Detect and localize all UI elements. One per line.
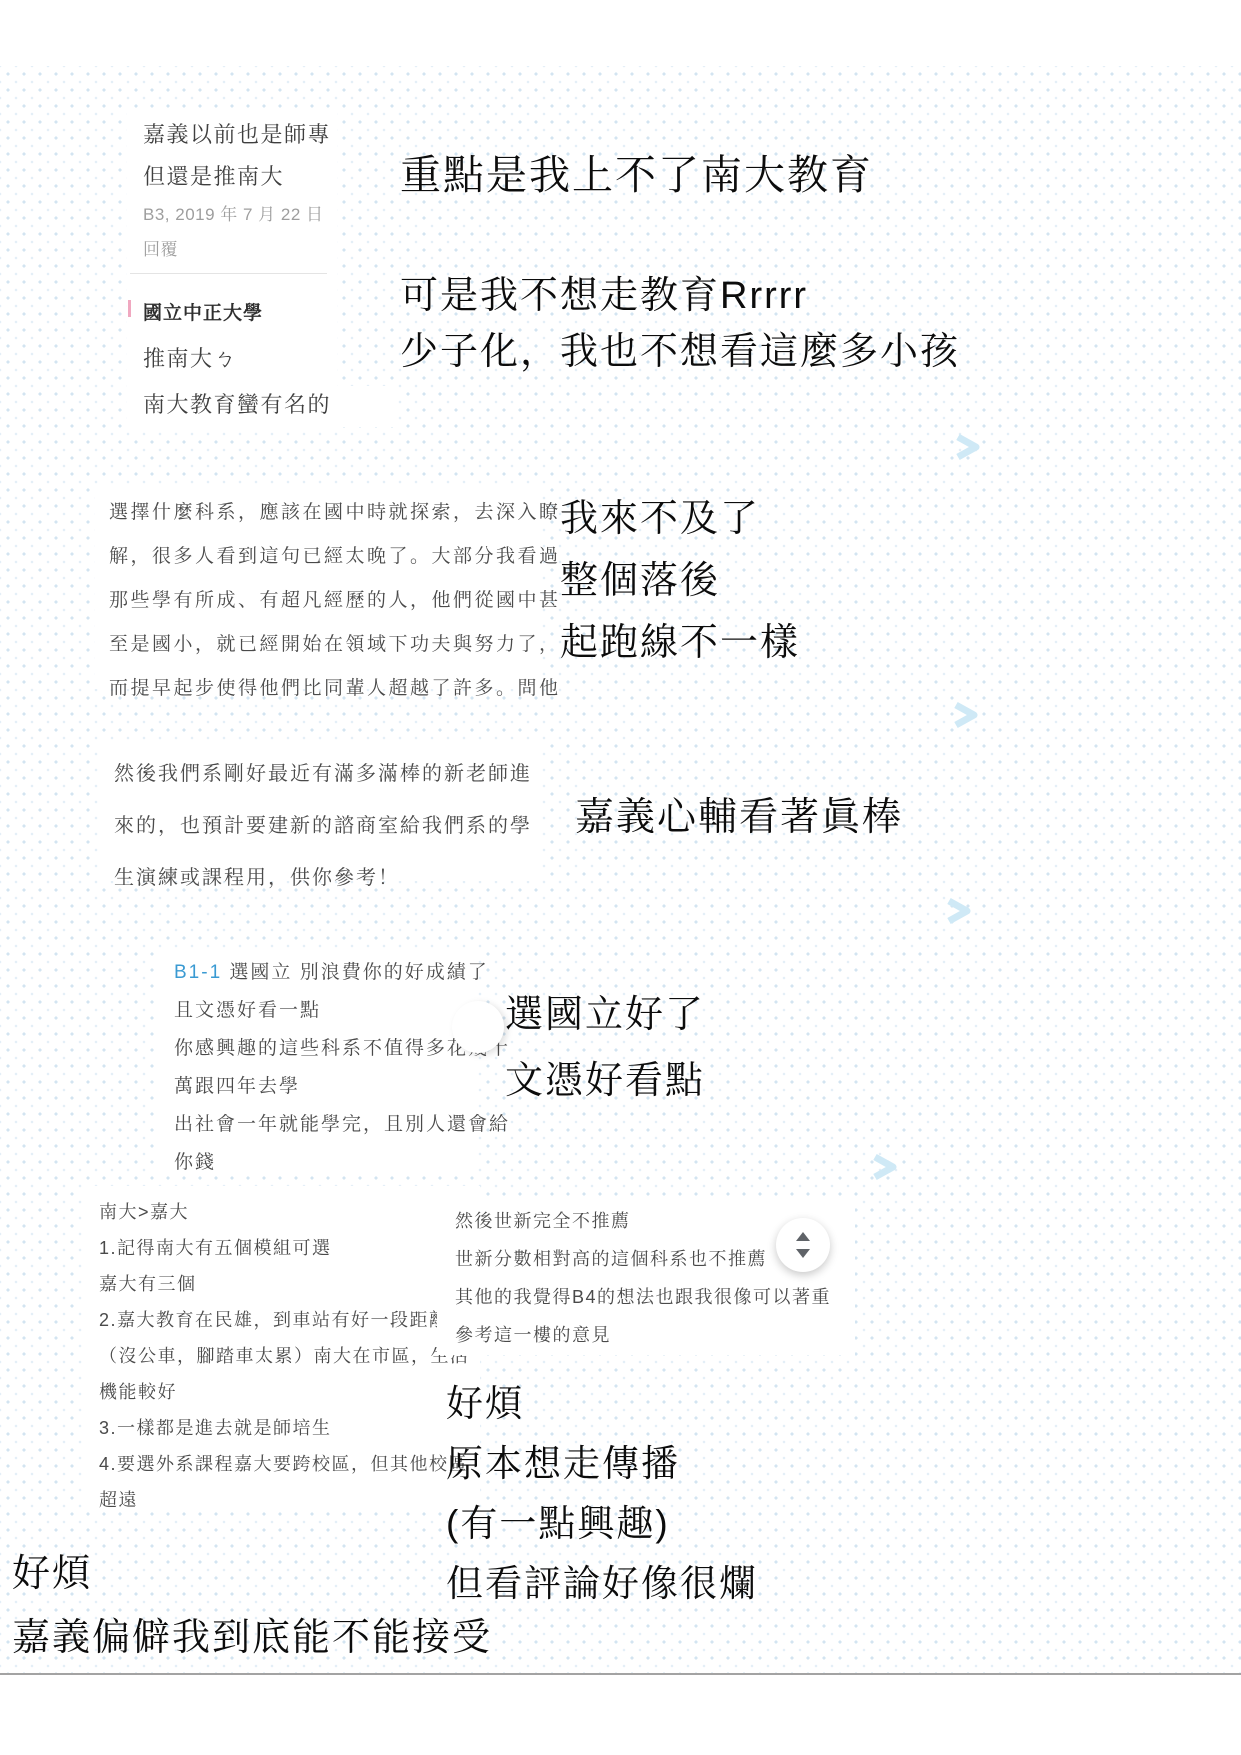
shihhsin-line: 然後世新完全不推薦 [455,1202,831,1240]
reply-content-line: 但還是推南大 [143,160,284,191]
handwritten-note: 可是我不想走教育Rrrrr 少子化，我也不想看這麼多小孩 [400,268,960,380]
b1-line: 萬跟四年去學 [174,1068,510,1106]
b1-first-line: B1-1 選國立 別浪費你的好成績了 [174,954,510,992]
selection-caret [128,300,131,317]
stepper-circle-partial[interactable] [452,1001,504,1053]
section-arrow [148,432,980,462]
floor-link[interactable]: B1-1 [174,962,222,983]
handwritten-note: 選國立好了 文憑好看點 [505,982,705,1114]
handwritten-note: 好煩 嘉義偏僻我到底能不能接受 [12,1542,492,1670]
divider [130,273,327,274]
b1-line: 出社會一年就能學完，且別人還會給 [174,1106,510,1144]
note-line: 嘉義偏僻我到底能不能接受 [12,1606,492,1670]
advice-line: 解，很多人看到這句已經太晚了。大部分我看過 [109,535,561,579]
note-line: (有一點興趣) [446,1494,758,1554]
compare-line: 1.記得南大有五個模組可選 [99,1230,470,1266]
note-line: 可是我不想走教育Rrrrr [400,268,960,324]
compare-line: 超遠 [99,1482,470,1512]
handwritten-note: 嘉義心輔看著眞棒 [575,786,903,842]
department-line: 來的，也預計要建新的諮商室給我們系的學 [114,800,532,852]
reply-button[interactable]: 回覆 [143,235,178,260]
note-line: 原本想走傳播 [446,1434,758,1494]
note-line: 整個落後 [560,550,800,612]
department-line: 然後我們系剛好最近有滿多滿棒的新老師進 [114,748,532,800]
page-bottom-rule [0,1673,1241,1675]
compare-line: 4.要選外系課程嘉大要跨校區，但其他校區 [99,1446,470,1482]
section-arrow [153,896,971,926]
note-line: 起跑線不一樣 [560,612,800,674]
comment-line: 南大教育蠻有名的 [143,386,395,427]
note-line: 但看評論好像很爛 [446,1554,758,1614]
note-line: 我來不及了 [560,488,800,550]
advice-line: 至是國小，就已經開始在領域下功夫與努力了， [109,623,561,667]
note-line: 好煩 [446,1374,758,1434]
stepper-down-icon[interactable] [796,1249,810,1258]
compare-line: 嘉大有三個 [99,1266,470,1302]
handwritten-note: 重點是我上不了南大教育 [400,142,873,201]
reply-content-line: 嘉義以前也是師專 [143,118,331,149]
b1-first-line-text: 選國立 別浪費你的好成績了 [229,962,488,983]
note-line: 好煩 [12,1542,492,1606]
compare-line: 南大>嘉大 [99,1194,470,1230]
notes-page: 嘉義以前也是師專 但還是推南大 B3, 2019 年 7 月 22 日 回覆 國… [0,0,1241,1755]
reply-meta: B3, 2019 年 7 月 22 日 [143,200,324,225]
shihhsin-line: 參考這一樓的意見 [455,1316,831,1354]
stepper-up-icon[interactable] [796,1232,810,1241]
section-arrow [167,1152,897,1182]
advice-line: 選擇什麼科系，應該在國中時就探索，去深入瞭 [109,491,561,535]
compare-line: 2.嘉大教育在民雄，到車站有好一段距離 [99,1302,470,1338]
compare-line: 機能較好 [99,1374,470,1410]
handwritten-note: 好煩 原本想走傳播 (有一點興趣) 但看評論好像很爛 [446,1374,758,1614]
shihhsin-line: 世新分數相對高的這個科系也不推薦 [455,1240,831,1278]
shihhsin-line: 其他的我覺得B4的想法也跟我很像可以著重 [455,1278,831,1316]
compare-line: 3.一樣都是進去就是師培生 [99,1410,470,1446]
handwritten-note: 我來不及了 整個落後 起跑線不一樣 [560,488,800,674]
compare-line: （沒公車，腳踏車太累）南大在市區，生活 [99,1338,470,1374]
advice-card: 選擇什麼科系，應該在國中時就探索，去深入瞭 解，很多人看到這句已經太晚了。大部分… [95,487,540,689]
compare-card: 南大>嘉大 1.記得南大有五個模組可選 嘉大有三個 2.嘉大教育在民雄，到車站有… [85,1186,480,1512]
note-line: 文憑好看點 [505,1048,705,1114]
b1-reply-card: B1-1 選國立 別浪費你的好成績了 且文憑好看一點 你感興趣的這些科系不值得多… [158,948,478,1174]
section-arrow [163,700,978,730]
note-line: 選國立好了 [505,982,705,1048]
note-line: 少子化，我也不想看這麼多小孩 [400,324,960,380]
number-stepper[interactable] [776,1218,830,1272]
advice-line: 那些學有所成、有超凡經歷的人，他們從國中甚 [109,579,561,623]
comment-line: 推南大ㄅ [143,342,237,373]
author-school: 國立中正大學 [143,298,263,325]
department-card: 然後我們系剛好最近有滿多滿棒的新老師進 來的，也預計要建新的諮商室給我們系的學 … [100,744,540,881]
reply-card: 嘉義以前也是師專 但還是推南大 B3, 2019 年 7 月 22 日 回覆 國… [127,108,337,430]
